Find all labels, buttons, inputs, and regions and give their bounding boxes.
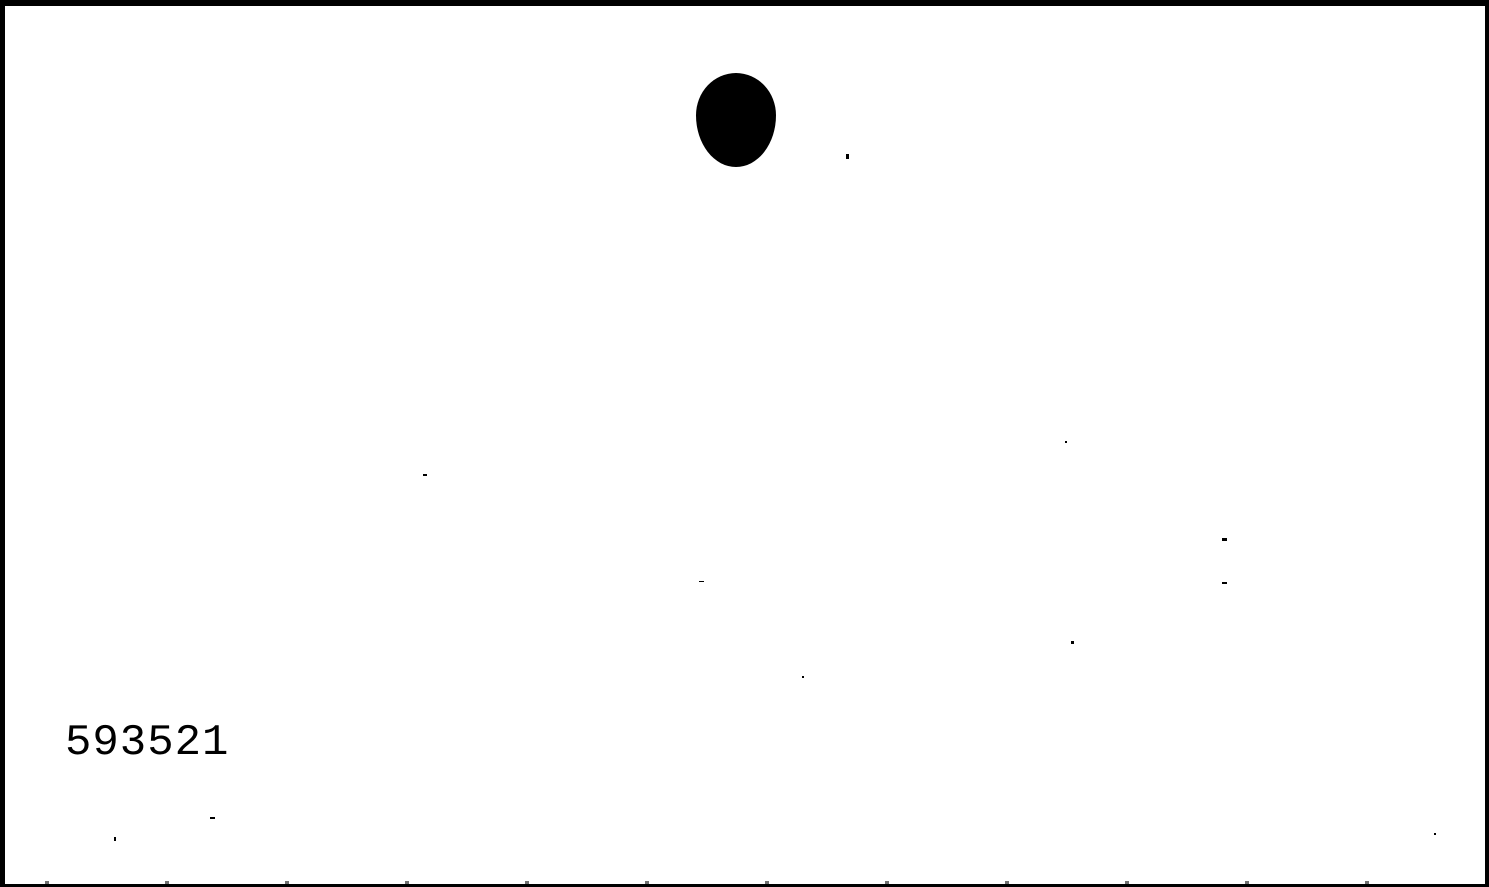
punch-hole — [696, 73, 776, 167]
scan-speck — [846, 154, 849, 159]
card: 593521 — [5, 6, 1485, 884]
scan-speck — [699, 581, 704, 582]
scan-speck — [1071, 641, 1074, 644]
scan-speck — [1222, 538, 1227, 541]
scan-speck — [1434, 833, 1436, 835]
card-bottom-edge — [5, 881, 1485, 884]
scan-speck — [210, 817, 215, 819]
scan-speck — [1222, 582, 1227, 584]
scan-speck — [423, 474, 427, 476]
card-number: 593521 — [65, 721, 229, 765]
scan-speck — [802, 676, 804, 678]
scan-background: 593521 — [0, 0, 1489, 887]
scan-speck — [114, 837, 116, 841]
scan-speck — [1065, 441, 1067, 443]
